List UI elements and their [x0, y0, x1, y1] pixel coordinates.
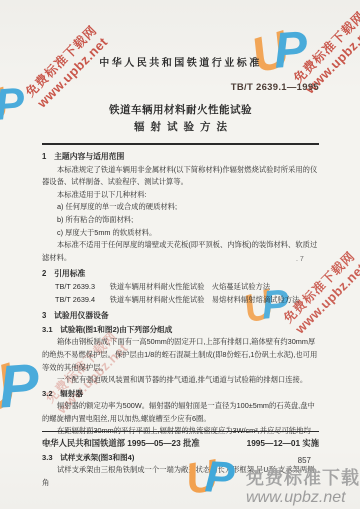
referenced-standard: TB/T 2639.4 铁道车辆用材料耐火性能试验 易熔材料辐射熔滴试验方法 [42, 294, 319, 307]
document-title-line1: 铁道车辆用材料耐火性能试验 [42, 102, 319, 117]
paragraph: 一个配有强迫吸风装置和调节器的排气通道,排气通道与试验箱的排烟口连接。 [42, 374, 319, 387]
list-item: c) 厚度大于5mm 的软质材料。 [42, 227, 319, 240]
upbz-logo-icon: UP [0, 354, 42, 422]
scanned-standard-page: 免费标准下载网 www.upbz.net 免费标准下载网 www.upbz.ne… [0, 0, 360, 509]
page-number: 857 [42, 456, 319, 465]
section-heading: 2 引用标准 [42, 268, 319, 281]
document-title-line2: 辐射试验方法 [42, 119, 319, 134]
list-item: b) 所有粘合的饰面材料; [42, 214, 319, 227]
logo-letter-u: U [0, 81, 14, 132]
document-body: 中华人民共和国铁道行业标准 TB/T 2639.1—1995 铁道车辆用材料耐火… [42, 0, 319, 489]
section-heading: 3 试验用仪器设备 [42, 310, 319, 323]
paragraph: 辐射器的额定功率为500W。辐射器的辐射面是一直径为100±5mm的石英盘,盘中… [42, 400, 319, 425]
footer-divider [42, 431, 319, 432]
approval-note: 中华人民共和国铁道部 1995—05—23 批准 [42, 437, 200, 449]
referenced-standard: TB/T 2639.3 铁道车辆用材料耐火性能试验 火焰蔓延试验方法 [42, 281, 319, 294]
issuing-organization: 中华人民共和国铁道行业标准 [42, 54, 319, 69]
logo-letter-p: P [0, 355, 41, 418]
page-footer: 中华人民共和国铁道部 1995—05—23 批准 1995—12—01 实施 8… [42, 431, 319, 465]
paragraph: 试样支承架由三根角铁制成一个一端为敞开状态的长方形框架,呈U形,支承架两侧角 [42, 464, 319, 489]
implementation-date: 1995—12—01 实施 [247, 437, 319, 449]
upbz-logo-icon: UP [0, 81, 27, 131]
standard-number: TB/T 2639.1—1995 [42, 82, 319, 93]
section-heading: 1 主题内容与适用范围 [42, 151, 319, 164]
stray-mark: . 7 [296, 256, 304, 263]
title-divider [42, 143, 319, 145]
paragraph: 本标准规定了铁道车辆用非金属材料(以下简称材料)作辐射燃烧试验时所采用的仪器设备… [42, 164, 319, 189]
subsection-heading: 3.1 试验箱(图1和图2)由下列部分组成 [42, 324, 319, 337]
subsection-heading: 3.2 辐射器 [42, 388, 319, 401]
paragraph: 本标准不适用于任何厚度的墙壁或天花板(即平顶板、内饰板)的装饰材料、软质过滤材料… [42, 239, 319, 264]
paragraph: 箱体由钢板制成,下面有一高50mm的固定开口,上部有排烟口,箱体壁有约30mm厚… [42, 336, 319, 374]
branding-site-url: www.upbz.net [246, 489, 360, 507]
logo-letter-p: P [0, 82, 26, 128]
logo-letter-u: U [0, 354, 23, 424]
list-item: a) 任何厚度的单一或合成的硬质材料; [42, 201, 319, 214]
paragraph: 本标准适用于以下几种材料: [42, 189, 319, 202]
